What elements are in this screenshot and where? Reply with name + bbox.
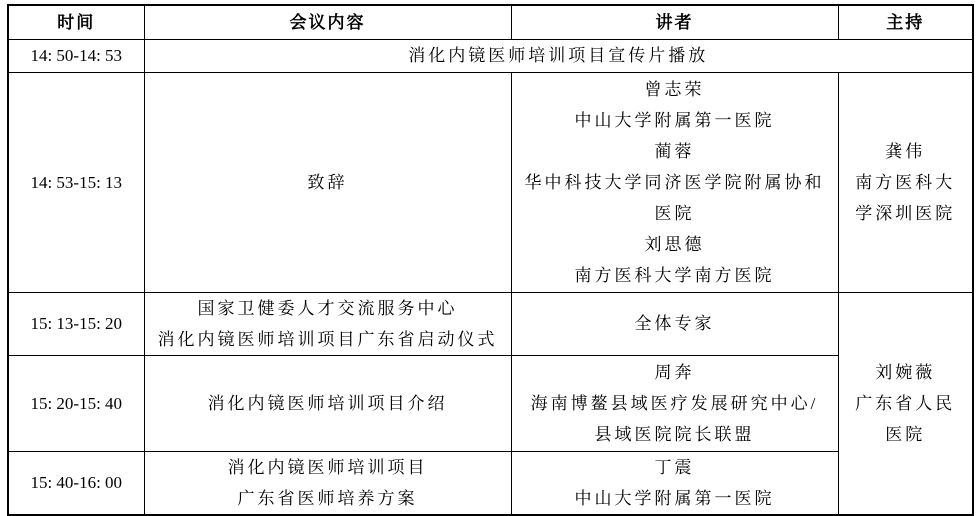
speaker-affiliation: 华中科技大学同济医学院附属协和 xyxy=(514,167,836,198)
r1-merged-content-cell: 消化内镜医师培训项目宣传片播放 xyxy=(144,39,973,72)
header-content: 会议内容 xyxy=(144,5,511,39)
r1-time-cell: 14: 50-14: 53 xyxy=(8,39,144,72)
r2-content-cell: 致辞 xyxy=(144,72,511,292)
r3-speaker-cell: 全体专家 xyxy=(511,292,838,355)
content-line: 国家卫健委人才交流服务中心 xyxy=(147,293,509,324)
header-row: 时间 会议内容 讲者 主持 xyxy=(8,5,973,39)
speaker-affiliation: 医院 xyxy=(514,198,836,229)
speaker-affiliation: 中山大学附属第一医院 xyxy=(514,105,836,136)
speaker-affiliation: 海南博鳌县域医疗发展研究中心/ xyxy=(514,388,836,419)
host-name: 龚伟 xyxy=(841,136,971,167)
speaker-name: 曾志荣 xyxy=(514,74,836,105)
speaker-name: 刘思德 xyxy=(514,229,836,260)
r3-content-cell: 国家卫健委人才交流服务中心 消化内镜医师培训项目广东省启动仪式 xyxy=(144,292,511,355)
header-time: 时间 xyxy=(8,5,144,39)
table-row: 15: 20-15: 40 消化内镜医师培训项目介绍 周奔 海南博鳌县域医疗发展… xyxy=(8,355,973,451)
r5-speaker-cell: 丁震 中山大学附属第一医院 xyxy=(511,451,838,513)
host-affiliation: 广东省人民 xyxy=(841,388,971,419)
speaker-affiliation: 县域医院院长联盟 xyxy=(514,419,836,450)
table-row: 14: 53-15: 13 致辞 曾志荣 中山大学附属第一医院 蔺蓉 华中科技大… xyxy=(8,72,973,292)
r2-speaker-cell: 曾志荣 中山大学附属第一医院 蔺蓉 华中科技大学同济医学院附属协和 医院 刘思德… xyxy=(511,72,838,292)
content-line: 消化内镜医师培训项目广东省启动仪式 xyxy=(147,324,509,355)
r4-time-cell: 15: 20-15: 40 xyxy=(8,355,144,451)
table-row: 15: 40-16: 00 消化内镜医师培训项目 广东省医师培养方案 丁震 中山… xyxy=(8,451,973,513)
speaker-name: 周奔 xyxy=(514,357,836,388)
host-affiliation: 学深圳医院 xyxy=(841,198,971,229)
agenda-table: 时间 会议内容 讲者 主持 14: 50-14: 53 消化内镜医师培训项目宣传… xyxy=(7,4,974,513)
r4-content-cell: 消化内镜医师培训项目介绍 xyxy=(144,355,511,451)
r5-content-cell: 消化内镜医师培训项目 广东省医师培养方案 xyxy=(144,451,511,513)
speaker-name: 丁震 xyxy=(514,452,836,483)
host-name: 刘婉薇 xyxy=(841,357,971,388)
agenda-document: 时间 会议内容 讲者 主持 14: 50-14: 53 消化内镜医师培训项目宣传… xyxy=(7,4,974,513)
r2-time-cell: 14: 53-15: 13 xyxy=(8,72,144,292)
speaker-name: 蔺蓉 xyxy=(514,136,836,167)
header-speaker: 讲者 xyxy=(511,5,838,39)
host-affiliation: 医院 xyxy=(841,419,971,450)
r5-time-cell: 15: 40-16: 00 xyxy=(8,451,144,513)
table-row: 14: 50-14: 53 消化内镜医师培训项目宣传片播放 xyxy=(8,39,973,72)
r3-time-cell: 15: 13-15: 20 xyxy=(8,292,144,355)
r4-speaker-cell: 周奔 海南博鳌县域医疗发展研究中心/ 县域医院院长联盟 xyxy=(511,355,838,451)
speaker-affiliation: 南方医科大学南方医院 xyxy=(514,260,836,291)
r3-r5-host-cell: 刘婉薇 广东省人民 医院 xyxy=(838,292,973,513)
host-affiliation: 南方医科大 xyxy=(841,167,971,198)
speaker-affiliation: 中山大学附属第一医院 xyxy=(514,483,836,514)
header-host: 主持 xyxy=(838,5,973,39)
table-row: 15: 13-15: 20 国家卫健委人才交流服务中心 消化内镜医师培训项目广东… xyxy=(8,292,973,355)
r2-host-cell: 龚伟 南方医科大 学深圳医院 xyxy=(838,72,973,292)
content-line: 消化内镜医师培训项目 xyxy=(147,452,509,483)
content-line: 广东省医师培养方案 xyxy=(147,483,509,514)
